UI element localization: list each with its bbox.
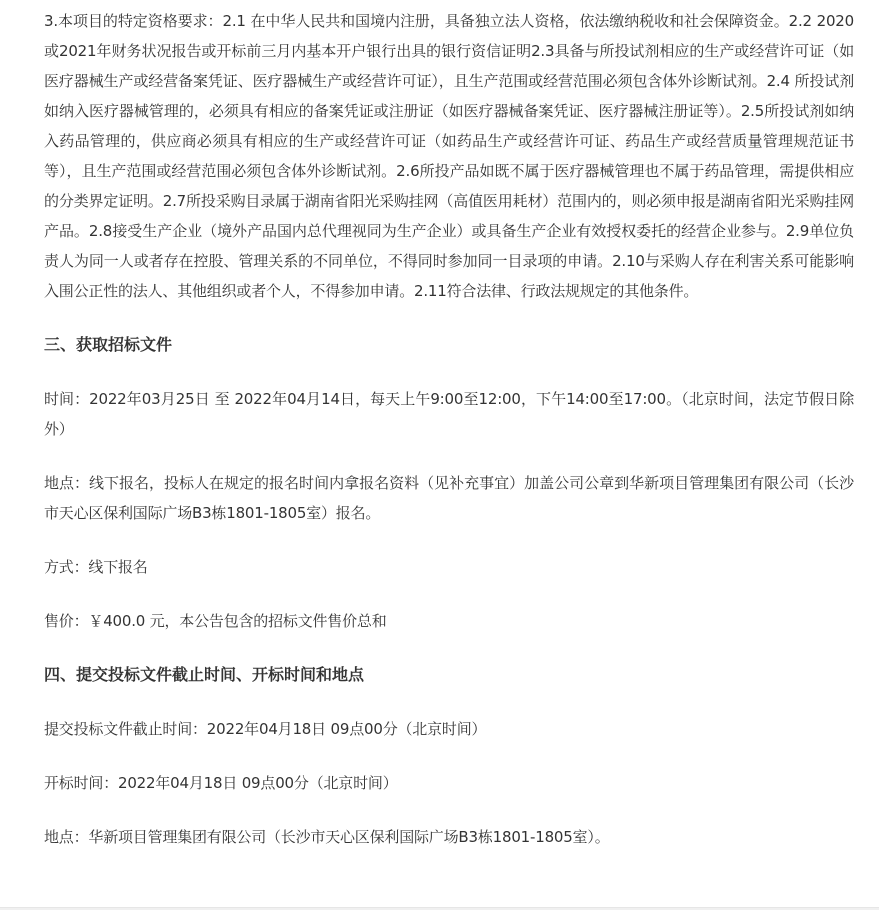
- section4-heading: 四、提交投标文件截止时间、开标时间和地点: [44, 660, 854, 690]
- section4-opening-time: 开标时间：2022年04月18日 09点00分（北京时间）: [44, 768, 854, 798]
- section3-method: 方式：线下报名: [44, 552, 854, 582]
- section-obtain-tender-documents: 三、获取招标文件 时间：2022年03月25日 至 2022年04月14日，每天…: [44, 330, 854, 636]
- section3-price: 售价：￥400.0 元，本公告包含的招标文件售价总和: [44, 606, 854, 636]
- section4-deadline: 提交投标文件截止时间：2022年04月18日 09点00分（北京时间）: [44, 714, 854, 744]
- qualification-requirements-paragraph: 3.本项目的特定资格要求：2.1 在中华人民共和国境内注册，具备独立法人资格，依…: [44, 6, 854, 306]
- section-submission-and-opening: 四、提交投标文件截止时间、开标时间和地点 提交投标文件截止时间：2022年04月…: [44, 660, 854, 852]
- section3-heading: 三、获取招标文件: [44, 330, 854, 360]
- section4-location: 地点：华新项目管理集团有限公司（长沙市天心区保利国际广场B3栋1801-1805…: [44, 822, 854, 852]
- section3-location: 地点：线下报名，投标人在规定的报名时间内拿报名资料（见补充事宜）加盖公司公章到华…: [44, 468, 854, 528]
- announcement-article: 3.本项目的特定资格要求：2.1 在中华人民共和国境内注册，具备独立法人资格，依…: [44, 6, 854, 876]
- section3-time: 时间：2022年03月25日 至 2022年04月14日，每天上午9:00至12…: [44, 384, 854, 444]
